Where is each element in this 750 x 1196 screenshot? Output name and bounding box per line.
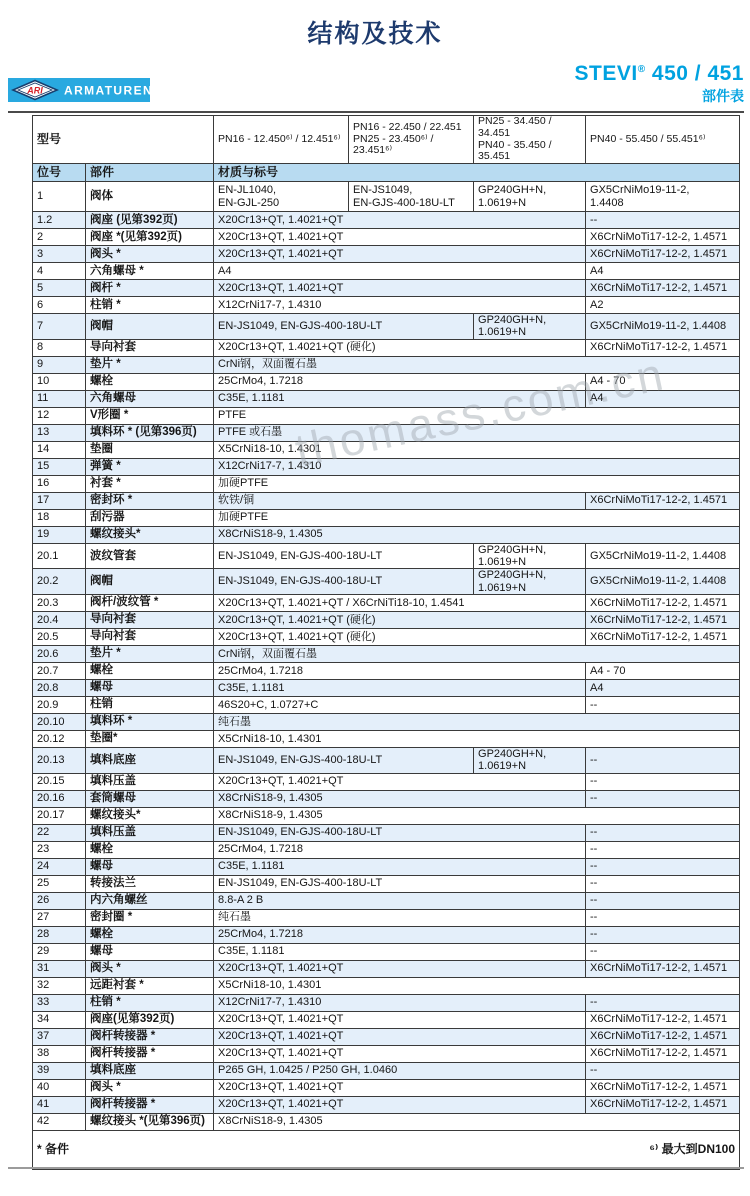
- table-row: 3阀头 *X20Cr13+QT, 1.4021+QTX6CrNiMoTi17-1…: [33, 246, 740, 263]
- row-material: GX5CrNiMo19-11-2, 1.4408: [586, 314, 740, 340]
- row-material: 46S20+C, 1.0727+C: [214, 696, 586, 713]
- row-position: 32: [33, 977, 86, 994]
- row-material: 加硬PTFE: [214, 475, 740, 492]
- table-row: 29螺母C35E, 1.1181--: [33, 943, 740, 960]
- row-part-name: 阀头 *: [86, 246, 214, 263]
- table-row: 28螺栓25CrMo4, 1.7218--: [33, 926, 740, 943]
- parts-table-body: 1阀体EN-JL1040, EN-GJL-250EN-JS1049, EN-GJ…: [33, 182, 740, 1131]
- row-material: X6CrNiMoTi17-12-2, 1.4571: [586, 594, 740, 611]
- row-material: X6CrNiMoTi17-12-2, 1.4571: [586, 1011, 740, 1028]
- brand-logo: ARI ARMATUREN: [8, 78, 150, 102]
- row-material: PTFE 或石墨: [214, 424, 740, 441]
- row-position: 22: [33, 824, 86, 841]
- table-row: 27密封圈 *纯石墨--: [33, 909, 740, 926]
- row-material: X20Cr13+QT, 1.4021+QT: [214, 773, 586, 790]
- table-row: 39填料底座P265 GH, 1.0425 / P250 GH, 1.0460-…: [33, 1062, 740, 1079]
- table-row: 20.16套筒螺母X8CrNiS18-9, 1.4305--: [33, 790, 740, 807]
- row-position: 20.7: [33, 662, 86, 679]
- row-position: 14: [33, 441, 86, 458]
- row-material: --: [586, 943, 740, 960]
- row-material: --: [586, 696, 740, 713]
- row-position: 3: [33, 246, 86, 263]
- row-material: P265 GH, 1.0425 / P250 GH, 1.0460: [214, 1062, 586, 1079]
- row-part-name: 导向衬套: [86, 611, 214, 628]
- table-row: 15弹簧 *X12CrNi17-7, 1.4310: [33, 458, 740, 475]
- col-header-material: 材质与标号: [214, 164, 740, 182]
- table-row: 31阀头 *X20Cr13+QT, 1.4021+QTX6CrNiMoTi17-…: [33, 960, 740, 977]
- row-material: 加硬PTFE: [214, 509, 740, 526]
- row-material: X20Cr13+QT, 1.4021+QT: [214, 1011, 586, 1028]
- row-material: 25CrMo4, 1.7218: [214, 373, 586, 390]
- column-header-row: 位号 部件 材质与标号: [33, 164, 740, 182]
- row-material: C35E, 1.1181: [214, 858, 586, 875]
- table-row: 6柱销 *X12CrNi17-7, 1.4310A2: [33, 297, 740, 314]
- row-material: --: [586, 747, 740, 773]
- row-material: EN-JS1049, EN-GJS-400-18U-LT: [214, 569, 474, 595]
- row-part-name: 阀体: [86, 182, 214, 212]
- row-material: EN-JS1049, EN-GJS-400-18U-LT: [214, 824, 586, 841]
- table-row: 24螺母C35E, 1.1181--: [33, 858, 740, 875]
- table-row: 42螺纹接头 *(见第396页)X8CrNiS18-9, 1.4305: [33, 1113, 740, 1130]
- row-part-name: 套筒螺母: [86, 790, 214, 807]
- row-part-name: 阀帽: [86, 569, 214, 595]
- row-position: 1.2: [33, 212, 86, 229]
- row-position: 20.1: [33, 543, 86, 569]
- row-part-name: 密封圈 *: [86, 909, 214, 926]
- row-material: X20Cr13+QT, 1.4021+QT (硬化): [214, 628, 586, 645]
- row-material: --: [586, 212, 740, 229]
- row-material: --: [586, 926, 740, 943]
- row-part-name: 填料底座: [86, 747, 214, 773]
- table-row: 20.13填料底座EN-JS1049, EN-GJS-400-18U-LTGP2…: [33, 747, 740, 773]
- row-part-name: 阀杆转接器 *: [86, 1096, 214, 1113]
- row-material: X8CrNiS18-9, 1.4305: [214, 790, 586, 807]
- row-position: 24: [33, 858, 86, 875]
- row-material: X6CrNiMoTi17-12-2, 1.4571: [586, 339, 740, 356]
- registered-mark: ®: [638, 64, 646, 75]
- row-material: X20Cr13+QT, 1.4021+QT: [214, 1045, 586, 1062]
- row-material: --: [586, 790, 740, 807]
- row-position: 39: [33, 1062, 86, 1079]
- row-material: --: [586, 824, 740, 841]
- table-row: 4六角螺母 *A4A4: [33, 263, 740, 280]
- row-material: A4 - 70: [586, 662, 740, 679]
- row-material: X6CrNiMoTi17-12-2, 1.4571: [586, 492, 740, 509]
- row-position: 15: [33, 458, 86, 475]
- row-material: 8.8-A 2 B: [214, 892, 586, 909]
- table-row: 16衬套 *加硬PTFE: [33, 475, 740, 492]
- row-position: 1: [33, 182, 86, 212]
- row-position: 20.3: [33, 594, 86, 611]
- row-position: 20.12: [33, 730, 86, 747]
- table-row: 41阀杆转接器 *X20Cr13+QT, 1.4021+QTX6CrNiMoTi…: [33, 1096, 740, 1113]
- table-row: 25转接法兰EN-JS1049, EN-GJS-400-18U-LT--: [33, 875, 740, 892]
- table-row: 19螺纹接头*X8CrNiS18-9, 1.4305: [33, 526, 740, 543]
- row-part-name: 阀头 *: [86, 960, 214, 977]
- model-col-1: PN16 - 12.450⁶⁾ / 12.451⁶⁾: [214, 116, 349, 164]
- table-row: 20.7螺栓25CrMo4, 1.7218A4 - 70: [33, 662, 740, 679]
- table-row: 20.15填料压盖X20Cr13+QT, 1.4021+QT--: [33, 773, 740, 790]
- table-row: 2阀座 *(见第392页)X20Cr13+QT, 1.4021+QTX6CrNi…: [33, 229, 740, 246]
- row-position: 27: [33, 909, 86, 926]
- col-header-part: 部件: [86, 164, 214, 182]
- footnote-spare-parts: * 备件: [37, 1143, 69, 1156]
- table-row: 9垫片 *CrNi钢，双面覆石墨: [33, 356, 740, 373]
- row-material: A4: [586, 263, 740, 280]
- row-part-name: 导向衬套: [86, 628, 214, 645]
- model-col-3: PN25 - 34.450 / 34.451 PN40 - 35.450 / 3…: [474, 116, 586, 164]
- row-material: EN-JS1049, EN-GJS-400-18U-LT: [214, 543, 474, 569]
- row-material: 纯石墨: [214, 713, 740, 730]
- model-col-2: PN16 - 22.450 / 22.451 PN25 - 23.450⁶⁾ /…: [349, 116, 474, 164]
- row-material: --: [586, 1062, 740, 1079]
- row-material: A4 - 70: [586, 373, 740, 390]
- row-material: X8CrNiS18-9, 1.4305: [214, 1113, 740, 1130]
- table-row: 20.10填料环 *纯石墨: [33, 713, 740, 730]
- row-part-name: 阀头 *: [86, 1079, 214, 1096]
- row-material: X8CrNiS18-9, 1.4305: [214, 526, 740, 543]
- model-col-4: PN40 - 55.450 / 55.451⁶⁾: [586, 116, 740, 164]
- table-row: 37阀杆转接器 *X20Cr13+QT, 1.4021+QTX6CrNiMoTi…: [33, 1028, 740, 1045]
- product-name: STEVI® 450 / 451: [575, 62, 744, 86]
- header-divider-rule: [8, 111, 744, 113]
- row-material: X6CrNiMoTi17-12-2, 1.4571: [586, 1028, 740, 1045]
- row-position: 6: [33, 297, 86, 314]
- row-material: --: [586, 858, 740, 875]
- row-part-name: 填料环 * (见第396页): [86, 424, 214, 441]
- row-position: 42: [33, 1113, 86, 1130]
- table-row: 14垫圈X5CrNi18-10, 1.4301: [33, 441, 740, 458]
- row-position: 20.9: [33, 696, 86, 713]
- col-header-pos: 位号: [33, 164, 86, 182]
- row-part-name: 螺纹接头*: [86, 526, 214, 543]
- row-material: A4: [586, 679, 740, 696]
- table-row: 20.9柱销46S20+C, 1.0727+C--: [33, 696, 740, 713]
- table-row: 18刮污器加硬PTFE: [33, 509, 740, 526]
- row-part-name: V形圈 *: [86, 407, 214, 424]
- row-position: 9: [33, 356, 86, 373]
- row-material: EN-JL1040, EN-GJL-250: [214, 182, 349, 212]
- row-material: C35E, 1.1181: [214, 943, 586, 960]
- row-part-name: 阀座 (见第392页): [86, 212, 214, 229]
- row-material: X6CrNiMoTi17-12-2, 1.4571: [586, 611, 740, 628]
- row-material: EN-JS1049, EN-GJS-400-18U-LT: [214, 314, 474, 340]
- row-position: 20.16: [33, 790, 86, 807]
- row-material: GP240GH+N, 1.0619+N: [474, 747, 586, 773]
- table-row: 22填料压盖EN-JS1049, EN-GJS-400-18U-LT--: [33, 824, 740, 841]
- row-material: GP240GH+N, 1.0619+N: [474, 182, 586, 212]
- row-position: 26: [33, 892, 86, 909]
- row-part-name: 螺纹接头 *(见第396页): [86, 1113, 214, 1130]
- row-position: 40: [33, 1079, 86, 1096]
- footnote-dn100: ⁶⁾ 最大到DN100: [649, 1143, 735, 1156]
- row-material: 软铁/铜: [214, 492, 586, 509]
- row-material: X20Cr13+QT, 1.4021+QT: [214, 212, 586, 229]
- model-row: 型号 PN16 - 12.450⁶⁾ / 12.451⁶⁾ PN16 - 22.…: [33, 116, 740, 164]
- row-material: X20Cr13+QT, 1.4021+QT (硬化): [214, 339, 586, 356]
- row-position: 18: [33, 509, 86, 526]
- row-part-name: 阀帽: [86, 314, 214, 340]
- row-material: X20Cr13+QT, 1.4021+QT: [214, 246, 586, 263]
- row-part-name: 弹簧 *: [86, 458, 214, 475]
- row-position: 10: [33, 373, 86, 390]
- row-material: X12CrNi17-7, 1.4310: [214, 297, 586, 314]
- row-material: GX5CrNiMo19-11-2, 1.4408: [586, 543, 740, 569]
- row-part-name: 螺栓: [86, 662, 214, 679]
- row-part-name: 阀杆 *: [86, 280, 214, 297]
- row-position: 20.13: [33, 747, 86, 773]
- row-part-name: 导向衬套: [86, 339, 214, 356]
- row-material: CrNi钢，双面覆石墨: [214, 645, 740, 662]
- table-row: 20.6垫片 *CrNi钢，双面覆石墨: [33, 645, 740, 662]
- row-material: X20Cr13+QT, 1.4021+QT: [214, 1079, 586, 1096]
- row-part-name: 垫片 *: [86, 356, 214, 373]
- table-row: 1.2阀座 (见第392页)X20Cr13+QT, 1.4021+QT--: [33, 212, 740, 229]
- row-material: 25CrMo4, 1.7218: [214, 662, 586, 679]
- model-label: 型号: [33, 116, 214, 164]
- product-title-block: STEVI® 450 / 451 部件表: [575, 62, 744, 106]
- row-part-name: 转接法兰: [86, 875, 214, 892]
- row-position: 20.6: [33, 645, 86, 662]
- row-position: 37: [33, 1028, 86, 1045]
- row-material: X8CrNiS18-9, 1.4305: [214, 807, 740, 824]
- row-position: 28: [33, 926, 86, 943]
- row-material: X6CrNiMoTi17-12-2, 1.4571: [586, 1096, 740, 1113]
- row-position: 33: [33, 994, 86, 1011]
- row-material: A4: [214, 263, 586, 280]
- row-position: 2: [33, 229, 86, 246]
- row-part-name: 螺栓: [86, 926, 214, 943]
- table-row: 20.5导向衬套X20Cr13+QT, 1.4021+QT (硬化)X6CrNi…: [33, 628, 740, 645]
- product-subtitle: 部件表: [575, 86, 744, 106]
- row-position: 25: [33, 875, 86, 892]
- table-row: 26内六角螺丝8.8-A 2 B--: [33, 892, 740, 909]
- row-position: 41: [33, 1096, 86, 1113]
- table-row: 13填料环 * (见第396页)PTFE 或石墨: [33, 424, 740, 441]
- row-material: --: [586, 892, 740, 909]
- row-material: X6CrNiMoTi17-12-2, 1.4571: [586, 280, 740, 297]
- row-material: --: [586, 994, 740, 1011]
- row-part-name: 衬套 *: [86, 475, 214, 492]
- row-position: 16: [33, 475, 86, 492]
- row-material: EN-JS1049, EN-GJS-400-18U-LT: [349, 182, 474, 212]
- row-part-name: 填料压盖: [86, 773, 214, 790]
- row-material: C35E, 1.1181: [214, 390, 586, 407]
- row-material: A2: [586, 297, 740, 314]
- ari-logo-banner-icon: ARI ARMATUREN: [8, 78, 150, 102]
- row-part-name: 填料环 *: [86, 713, 214, 730]
- row-material: 纯石墨: [214, 909, 586, 926]
- row-material: C35E, 1.1181: [214, 679, 586, 696]
- row-part-name: 阀杆/波纹管 *: [86, 594, 214, 611]
- row-position: 20.5: [33, 628, 86, 645]
- row-part-name: 阀杆转接器 *: [86, 1028, 214, 1045]
- bottom-rule: [8, 1167, 744, 1169]
- row-material: X6CrNiMoTi17-12-2, 1.4571: [586, 960, 740, 977]
- row-part-name: 柱销 *: [86, 994, 214, 1011]
- row-part-name: 螺栓: [86, 841, 214, 858]
- row-material: EN-JS1049, EN-GJS-400-18U-LT: [214, 875, 586, 892]
- row-material: X20Cr13+QT, 1.4021+QT: [214, 1096, 586, 1113]
- row-part-name: 螺栓: [86, 373, 214, 390]
- row-material: --: [586, 773, 740, 790]
- row-material: A4: [586, 390, 740, 407]
- table-row: 20.4导向衬套X20Cr13+QT, 1.4021+QT (硬化)X6CrNi…: [33, 611, 740, 628]
- row-material: X6CrNiMoTi17-12-2, 1.4571: [586, 246, 740, 263]
- row-part-name: 阀座 *(见第392页): [86, 229, 214, 246]
- row-material: EN-JS1049, EN-GJS-400-18U-LT: [214, 747, 474, 773]
- row-part-name: 柱销 *: [86, 297, 214, 314]
- table-row: 38阀杆转接器 *X20Cr13+QT, 1.4021+QTX6CrNiMoTi…: [33, 1045, 740, 1062]
- row-position: 13: [33, 424, 86, 441]
- table-row: 12V形圈 *PTFE: [33, 407, 740, 424]
- row-material: GX5CrNiMo19-11-2, 1.4408: [586, 182, 740, 212]
- row-position: 19: [33, 526, 86, 543]
- row-part-name: 螺母: [86, 858, 214, 875]
- row-position: 7: [33, 314, 86, 340]
- row-material: 25CrMo4, 1.7218: [214, 926, 586, 943]
- row-position: 8: [33, 339, 86, 356]
- table-footer-row: * 备件 ⁶⁾ 最大到DN100: [33, 1130, 740, 1169]
- table-row: 32远距衬套 *X5CrNi18-10, 1.4301: [33, 977, 740, 994]
- ari-mark-text: ARI: [26, 86, 43, 96]
- row-material: X6CrNiMoTi17-12-2, 1.4571: [586, 1079, 740, 1096]
- row-part-name: 垫片 *: [86, 645, 214, 662]
- row-position: 23: [33, 841, 86, 858]
- table-row: 11六角螺母C35E, 1.1181A4: [33, 390, 740, 407]
- table-row: 20.12垫圈*X5CrNi18-10, 1.4301: [33, 730, 740, 747]
- table-row: 17密封环 *软铁/铜X6CrNiMoTi17-12-2, 1.4571: [33, 492, 740, 509]
- table-row: 20.2阀帽EN-JS1049, EN-GJS-400-18U-LTGP240G…: [33, 569, 740, 595]
- row-material: X20Cr13+QT, 1.4021+QT / X6CrNiTi18-10, 1…: [214, 594, 586, 611]
- row-part-name: 波纹管套: [86, 543, 214, 569]
- row-part-name: 螺母: [86, 679, 214, 696]
- row-position: 20.4: [33, 611, 86, 628]
- row-position: 20.15: [33, 773, 86, 790]
- table-row: 8导向衬套X20Cr13+QT, 1.4021+QT (硬化)X6CrNiMoT…: [33, 339, 740, 356]
- table-row: 33柱销 *X12CrNi17-7, 1.4310--: [33, 994, 740, 1011]
- row-material: GX5CrNiMo19-11-2, 1.4408: [586, 569, 740, 595]
- row-material: X6CrNiMoTi17-12-2, 1.4571: [586, 628, 740, 645]
- row-part-name: 六角螺母: [86, 390, 214, 407]
- row-position: 34: [33, 1011, 86, 1028]
- row-part-name: 螺纹接头*: [86, 807, 214, 824]
- row-position: 20.2: [33, 569, 86, 595]
- page-title: 结构及技术: [0, 14, 750, 50]
- row-part-name: 垫圈: [86, 441, 214, 458]
- row-part-name: 内六角螺丝: [86, 892, 214, 909]
- row-material: --: [586, 909, 740, 926]
- row-material: CrNi钢，双面覆石墨: [214, 356, 740, 373]
- parts-table: 型号 PN16 - 12.450⁶⁾ / 12.451⁶⁾ PN16 - 22.…: [32, 115, 740, 1170]
- table-row: 20.8螺母C35E, 1.1181A4: [33, 679, 740, 696]
- brand-name-text: ARMATUREN: [64, 84, 150, 98]
- row-part-name: 密封环 *: [86, 492, 214, 509]
- row-material: X6CrNiMoTi17-12-2, 1.4571: [586, 229, 740, 246]
- row-position: 12: [33, 407, 86, 424]
- table-row: 7阀帽EN-JS1049, EN-GJS-400-18U-LTGP240GH+N…: [33, 314, 740, 340]
- row-position: 20.10: [33, 713, 86, 730]
- row-position: 4: [33, 263, 86, 280]
- row-position: 5: [33, 280, 86, 297]
- table-row: 5阀杆 *X20Cr13+QT, 1.4021+QTX6CrNiMoTi17-1…: [33, 280, 740, 297]
- row-material: --: [586, 841, 740, 858]
- row-position: 31: [33, 960, 86, 977]
- table-footer-cell: * 备件 ⁶⁾ 最大到DN100: [33, 1130, 740, 1169]
- row-part-name: 垫圈*: [86, 730, 214, 747]
- row-part-name: 阀杆转接器 *: [86, 1045, 214, 1062]
- row-material: X6CrNiMoTi17-12-2, 1.4571: [586, 1045, 740, 1062]
- row-part-name: 填料压盖: [86, 824, 214, 841]
- row-material: PTFE: [214, 407, 740, 424]
- row-position: 38: [33, 1045, 86, 1062]
- table-row: 23螺栓25CrMo4, 1.7218--: [33, 841, 740, 858]
- row-position: 20.8: [33, 679, 86, 696]
- row-material: X5CrNi18-10, 1.4301: [214, 977, 740, 994]
- table-row: 10螺栓25CrMo4, 1.7218A4 - 70: [33, 373, 740, 390]
- row-material: 25CrMo4, 1.7218: [214, 841, 586, 858]
- row-material: X20Cr13+QT, 1.4021+QT: [214, 1028, 586, 1045]
- row-part-name: 螺母: [86, 943, 214, 960]
- row-part-name: 远距衬套 *: [86, 977, 214, 994]
- row-material: X5CrNi18-10, 1.4301: [214, 441, 740, 458]
- row-position: 17: [33, 492, 86, 509]
- table-row: 20.1波纹管套EN-JS1049, EN-GJS-400-18U-LTGP24…: [33, 543, 740, 569]
- table-row: 20.17螺纹接头*X8CrNiS18-9, 1.4305: [33, 807, 740, 824]
- row-material: GP240GH+N, 1.0619+N: [474, 314, 586, 340]
- row-position: 20.17: [33, 807, 86, 824]
- row-position: 29: [33, 943, 86, 960]
- row-material: X12CrNi17-7, 1.4310: [214, 458, 740, 475]
- row-material: X20Cr13+QT, 1.4021+QT (硬化): [214, 611, 586, 628]
- table-row: 20.3阀杆/波纹管 *X20Cr13+QT, 1.4021+QT / X6Cr…: [33, 594, 740, 611]
- row-material: X20Cr13+QT, 1.4021+QT: [214, 229, 586, 246]
- row-material: X20Cr13+QT, 1.4021+QT: [214, 280, 586, 297]
- row-material: GP240GH+N, 1.0619+N: [474, 569, 586, 595]
- table-row: 40阀头 *X20Cr13+QT, 1.4021+QTX6CrNiMoTi17-…: [33, 1079, 740, 1096]
- row-part-name: 阀座(见第392页): [86, 1011, 214, 1028]
- row-material: GP240GH+N, 1.0619+N: [474, 543, 586, 569]
- row-material: X12CrNi17-7, 1.4310: [214, 994, 586, 1011]
- table-row: 1阀体EN-JL1040, EN-GJL-250EN-JS1049, EN-GJ…: [33, 182, 740, 212]
- row-part-name: 填料底座: [86, 1062, 214, 1079]
- row-part-name: 六角螺母 *: [86, 263, 214, 280]
- row-position: 11: [33, 390, 86, 407]
- row-material: X20Cr13+QT, 1.4021+QT: [214, 960, 586, 977]
- row-material: X5CrNi18-10, 1.4301: [214, 730, 740, 747]
- table-row: 34阀座(见第392页)X20Cr13+QT, 1.4021+QTX6CrNiM…: [33, 1011, 740, 1028]
- row-material: --: [586, 875, 740, 892]
- row-part-name: 刮污器: [86, 509, 214, 526]
- row-part-name: 柱销: [86, 696, 214, 713]
